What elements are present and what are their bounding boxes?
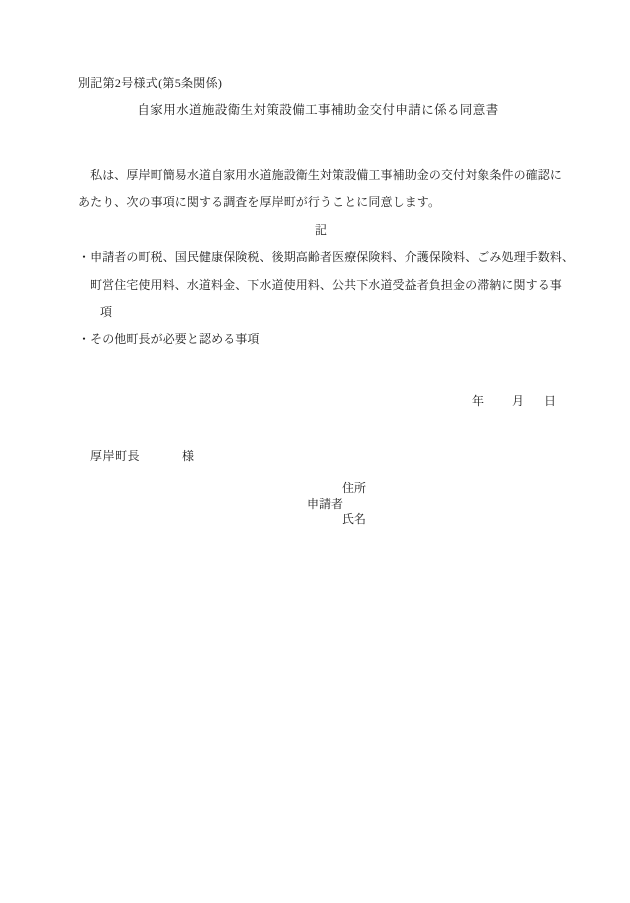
list-item-line: ・その他町長が必要と認める事項	[78, 326, 564, 353]
applicant-name-label: 氏名	[307, 512, 366, 528]
document-title: 自家用水道施設衛生対策設備工事補助金交付申請に係る同意書	[78, 102, 558, 119]
ki-heading: 記	[78, 217, 564, 244]
month-label: 月	[512, 394, 524, 408]
document-page: 別記第2号様式(第5条関係) 自家用水道施設衛生対策設備工事補助金交付申請に係る…	[0, 0, 630, 903]
day-label: 日	[544, 394, 556, 408]
year-label: 年	[472, 394, 484, 408]
addressee-honorific: 様	[182, 449, 195, 463]
list-item-line: 項	[78, 299, 564, 326]
paragraph-line: 私は、厚岸町簡易水道自家用水道施設衛生対策設備工事補助金の交付対象条件の確認に	[78, 162, 564, 189]
applicant-block: 住所 申請者 氏名	[307, 481, 366, 528]
applicant-address-label: 住所	[307, 481, 366, 497]
applicant-group-label: 申請者	[307, 497, 366, 513]
form-number: 別記第2号様式(第5条関係)	[78, 75, 222, 91]
list-item-line: 町営住宅使用料、水道料金、下水道使用料、公共下水道受益者負担金の滞納に関する事	[78, 272, 564, 299]
date-line: 年月日	[78, 393, 556, 409]
addressee-line: 厚岸町長様	[90, 448, 195, 464]
document-body: 私は、厚岸町簡易水道自家用水道施設衛生対策設備工事補助金の交付対象条件の確認に …	[78, 162, 564, 354]
list-item-line: ・申請者の町税、国民健康保険税、後期高齢者医療保険料、介護保険料、ごみ処理手数料…	[78, 244, 564, 271]
paragraph-line: あたり、次の事項に関する調査を厚岸町が行うことに同意します。	[78, 189, 564, 216]
addressee-title: 厚岸町長	[90, 449, 140, 463]
